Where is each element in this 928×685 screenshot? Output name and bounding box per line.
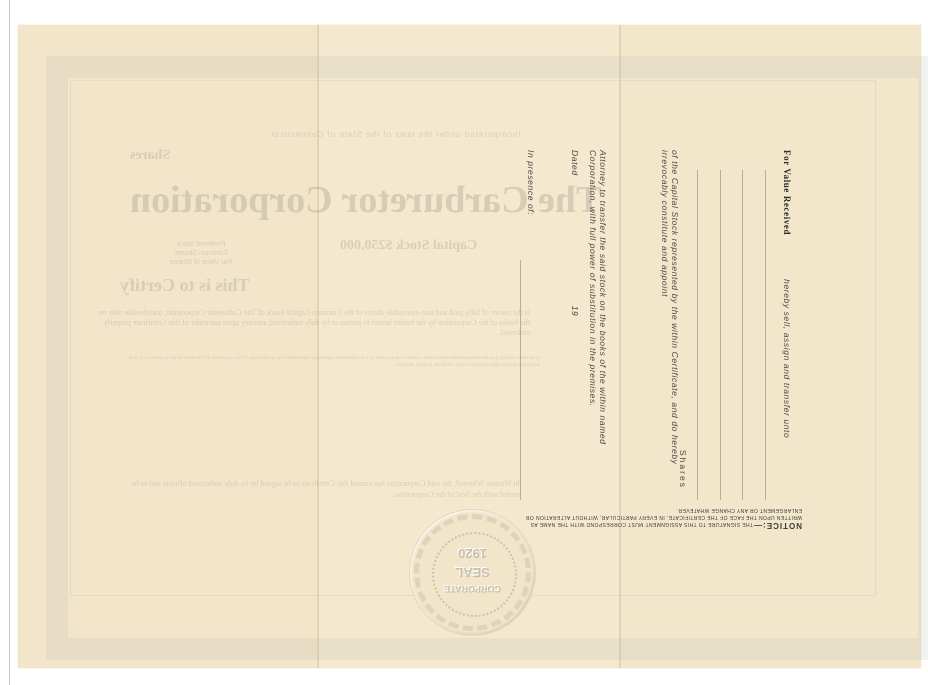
seal-text-seal: SEAL	[410, 565, 535, 580]
bleed-shares: Shares	[130, 148, 170, 164]
bleed-body: is the owner of fully paid and non-asses…	[90, 308, 530, 338]
bleed-pref-line: Common Shares	[170, 249, 232, 258]
bleed-pref-line: Par Value of Shares	[170, 258, 232, 267]
blank-line	[720, 170, 721, 500]
witness-signature-line	[520, 260, 521, 500]
assignment-form: For Value Receivedhereby sell, assign an…	[510, 150, 800, 510]
appoint-line: irrevocably constitute and appoint	[660, 150, 670, 297]
assignment-heading-line: For Value Receivedhereby sell, assign an…	[782, 150, 792, 438]
for-value-received: For Value Received	[782, 150, 792, 235]
witness-label: In presence of:	[526, 150, 536, 215]
dated-text: Dated	[570, 150, 580, 176]
bleed-witness: In Witness Whereof, the said Corporation…	[120, 478, 520, 500]
substitution-line: Corporation, with full power of substitu…	[588, 150, 598, 407]
embossed-corporate-seal: CORPORATE SEAL 1920	[410, 510, 535, 635]
assign-transfer-text: hereby sell, assign and transfer unto	[782, 279, 792, 438]
bleed-fine-print: is the owner of fully paid and non-asses…	[120, 355, 540, 445]
notice-label: NOTICE:—	[753, 521, 802, 530]
blank-line	[765, 170, 766, 500]
year-prefix: 19	[570, 306, 580, 317]
bleed-pref-line: Preferred Stock	[170, 240, 232, 249]
notice-text: NOTICE:—The signature to this assignment…	[512, 506, 802, 529]
blank-line	[742, 170, 743, 500]
bleed-state-line: Incorporated under the laws of the State…	[270, 130, 521, 139]
seal-text-year: 1920	[410, 546, 535, 561]
attorney-line: Attorney to transfer the said stock on t…	[598, 150, 608, 445]
blank-line	[697, 170, 698, 500]
bleed-certify: This is to Certify	[120, 275, 250, 296]
bleed-share-classes: Preferred Stock Common Shares Par Value …	[170, 240, 232, 267]
scan-edge	[9, 0, 10, 685]
capital-stock-line: of the Capital Stock represented by the …	[670, 150, 680, 465]
seal-text-corporate: CORPORATE	[410, 584, 535, 594]
bleed-capital: Capital Stock $250,000	[340, 238, 477, 254]
dated-label: Dated19	[570, 150, 580, 316]
